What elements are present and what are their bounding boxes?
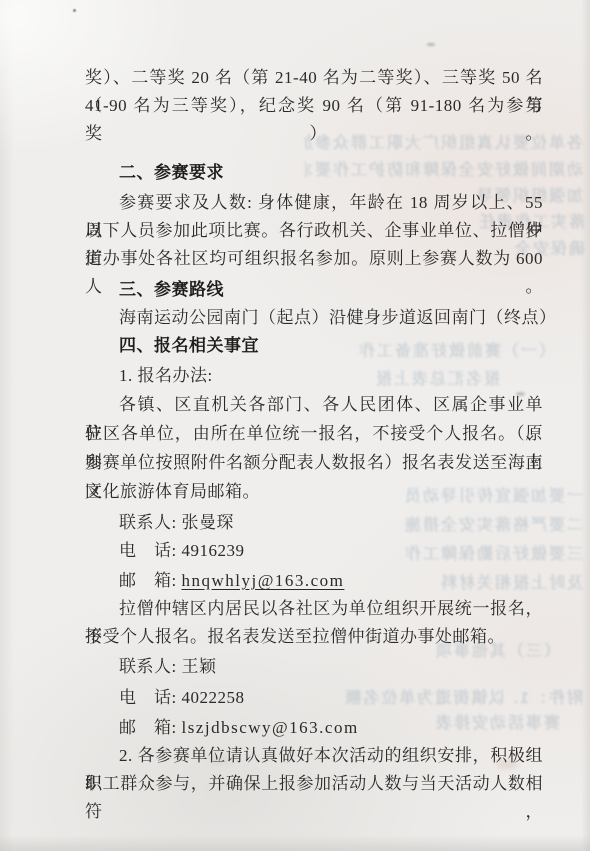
scan-speck xyxy=(427,43,435,46)
text-line: 邮 箱: lszjdbscwy@163.com xyxy=(85,714,543,742)
text-line: 联系人: 张曼琛 xyxy=(85,509,543,537)
text-run: 三、参赛路线 xyxy=(119,280,224,299)
text-run: 四、报名相关事宜 xyxy=(119,336,259,355)
paragraph: 各镇、区直机关各部门、各人民团体、区属企事业单位、驻区各单位，由所在单位统一报名… xyxy=(85,390,543,506)
text-run: 二、参赛要求 xyxy=(119,163,224,182)
text-run: 电 话: 4916239 xyxy=(119,541,244,560)
paragraph: 奖）、二等奖 20 名（第 21-40 名为二等奖）、三等奖 50 名（第41-… xyxy=(85,64,543,120)
text-line: 电 话: 4916239 xyxy=(85,537,543,565)
text-line: 拉僧仲辖区内居民以各社区为单位组织开展统一报名，不 xyxy=(85,595,543,623)
text-run: 1. 报名办法: xyxy=(119,366,213,385)
paragraph: 电 话: 4022258 xyxy=(85,684,543,712)
text-line: 二、参赛要求 xyxy=(85,159,543,187)
text-line: 参赛要求及人数: 身体健康，年龄在 18 周岁以上、55 周岁 xyxy=(85,189,543,217)
paragraph: 联系人: 张曼琛 xyxy=(85,509,543,537)
text-run: 接受个人报名。报名表发送至拉僧仲街道办事处邮箱。 xyxy=(85,627,505,646)
email-text: hnqwhlyj@163.com xyxy=(181,571,344,590)
text-run: 邮 箱: xyxy=(119,718,181,737)
text-run: 邮 箱: xyxy=(119,571,181,590)
paragraph: 邮 箱: hnqwhlyj@163.com xyxy=(85,567,543,595)
email-text: lszjdbscwy@163.com xyxy=(181,718,358,737)
text-line: 文化旅游体育局邮箱。 xyxy=(85,477,543,506)
text-line: 各镇、区直机关各部门、各人民团体、区属企事业单位、 xyxy=(85,390,543,419)
text-line: 电 话: 4022258 xyxy=(85,684,543,712)
text-line: 2. 各参赛单位请认真做好本次活动的组织安排，积极组织 xyxy=(85,742,543,770)
paragraph: 联系人: 王颖 xyxy=(85,653,543,681)
text-line: 1. 报名办法: xyxy=(85,362,543,390)
text-run: 海南运动公园南门（起点）沿健身步道返回南门（终点） xyxy=(119,308,557,327)
text-line: 接受个人报名。报名表发送至拉僧仲街道办事处邮箱。 xyxy=(85,623,543,651)
paragraph: 海南运动公园南门（起点）沿健身步道返回南门（终点） xyxy=(85,304,543,332)
text-line: 驻区各单位，由所在单位统一报名，不接受个人报名。（原则上 xyxy=(85,419,543,448)
text-line: 海南运动公园南门（起点）沿健身步道返回南门（终点） xyxy=(85,304,543,332)
text-run: 联系人: 张曼琛 xyxy=(119,513,234,532)
text-line: 联系人: 王颖 xyxy=(85,653,543,681)
text-line: 道办事处各社区均可组织报名参加。原则上参赛人数为 600 人。 xyxy=(85,245,543,273)
text-line: 以下人员参加此项比赛。各行政机关、企事业单位、拉僧仲街 xyxy=(85,217,543,245)
text-line: 邮 箱: hnqwhlyj@163.com xyxy=(85,567,543,595)
paragraph: 1. 报名办法: xyxy=(85,362,543,390)
text-run: 联系人: 王颖 xyxy=(119,657,216,676)
text-run: 文化旅游体育局邮箱。 xyxy=(85,482,260,501)
paragraph: 拉僧仲辖区内居民以各社区为单位组织开展统一报名，不接受个人报名。报名表发送至拉僧… xyxy=(85,595,543,651)
document-body: 奖）、二等奖 20 名（第 21-40 名为二等奖）、三等奖 50 名（第41-… xyxy=(85,64,543,798)
text-run: 41-90 名为三等奖），纪念奖 90 名（第 91-180 名为参与奖）。 xyxy=(85,96,543,143)
text-line: 参赛单位按照附件名额分配表人数报名）报名表发送至海南区 xyxy=(85,448,543,477)
scan-speck xyxy=(73,9,76,12)
paragraph: 参赛要求及人数: 身体健康，年龄在 18 周岁以上、55 周岁以下人员参加此项比… xyxy=(85,189,543,273)
text-line: 41-90 名为三等奖），纪念奖 90 名（第 91-180 名为参与奖）。 xyxy=(85,92,543,120)
section-heading: 二、参赛要求 xyxy=(85,159,543,187)
text-line: 四、报名相关事宜 xyxy=(85,332,543,360)
text-run: 电 话: 4022258 xyxy=(119,688,244,707)
text-line: 职工群众参与，并确保上报参加活动人数与当天活动人数相符， xyxy=(85,770,543,798)
text-run: 职工群众参与，并确保上报参加活动人数与当天活动人数相符， xyxy=(85,774,543,821)
section-heading: 四、报名相关事宜 xyxy=(85,332,543,360)
paragraph: 2. 各参赛单位请认真做好本次活动的组织安排，积极组织职工群众参与，并确保上报参… xyxy=(85,742,543,798)
paragraph: 电 话: 4916239 xyxy=(85,537,543,565)
scanned-document-page: 各单位要认真组织广大职工群众参加 动期间做好安全保障和防护工作要求 加强组织领导… xyxy=(0,0,590,851)
paragraph: 邮 箱: lszjdbscwy@163.com xyxy=(85,714,543,742)
text-line: 奖）、二等奖 20 名（第 21-40 名为二等奖）、三等奖 50 名（第 xyxy=(85,64,543,92)
